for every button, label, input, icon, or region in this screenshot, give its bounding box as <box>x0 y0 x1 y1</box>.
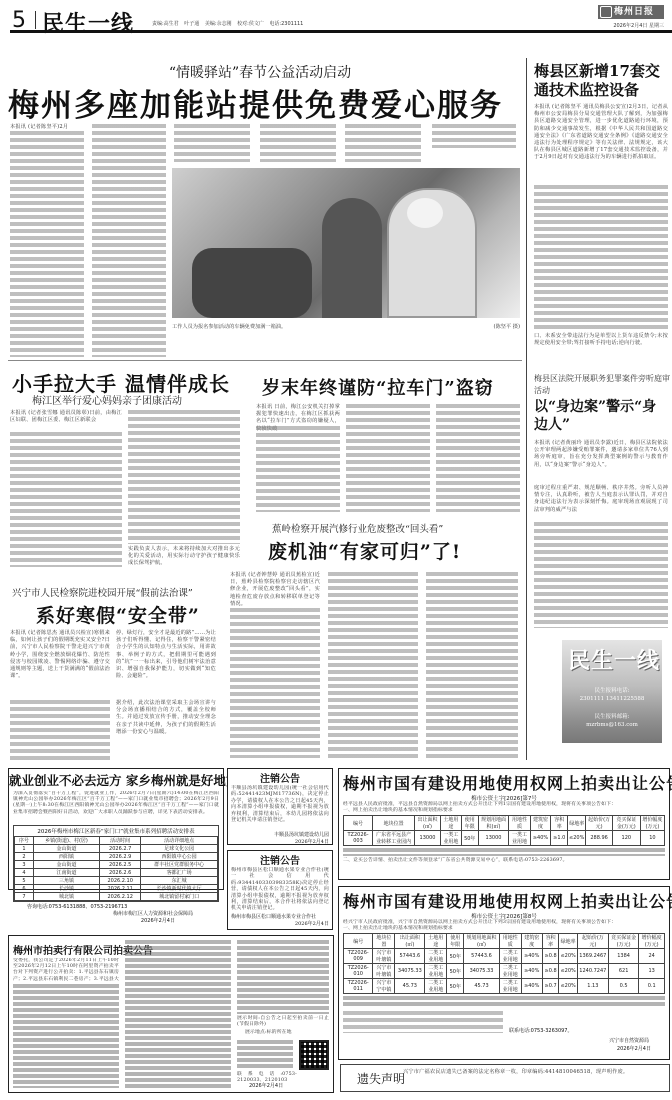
table-row: 2西阳镇2026.2.9西阳镇中心公园 <box>15 853 218 861</box>
cell: 西阳镇 <box>33 853 99 861</box>
qr-code-icon[interactable] <box>299 1040 329 1070</box>
cell: 长沙镇新时代镇大厅 <box>141 885 218 893</box>
oil-byline: 本报讯 (记者钟慧婷 通讯员蕉检宣)近日，蕉岭县检察院检察官走访辖区汽修企业，开… <box>230 572 320 608</box>
promo-email-label: 民生报料邮箱: <box>562 712 662 720</box>
photo-caption: 工作人员为报名参加活动的车辆免费加满一箱油。 (陈坚平 摄) <box>172 323 520 330</box>
auction-2-header: 编号 地块位置 出让面积(㎡) 土地用途 使用年限 规划用地面积(㎡) 用地性质… <box>344 934 665 949</box>
cell: 50年 <box>447 979 464 994</box>
col-header: 土地用途 <box>425 934 447 949</box>
cell: 1369.2467 <box>577 949 608 964</box>
cell: 西阳镇中心公园 <box>141 853 218 861</box>
cell: 288.96 <box>586 831 612 846</box>
school-body-col-2b: 据介绍，此次法治课堂采取主会场宣讲与分会场直播相结合的方式，覆盖全校师生。并通过… <box>116 700 216 736</box>
auction-1-section: 一、网上拍卖出让地块的基本情况和规划指标要求 <box>343 808 665 814</box>
lost-notice-title[interactable]: 遗失声明 <box>357 1070 405 1087</box>
paper-logo[interactable]: 梅州日报 <box>598 5 664 19</box>
col-header: 规划用地面积(㎡) <box>464 934 499 949</box>
family-body-col-2 <box>128 410 240 544</box>
col-header: 出让面积(㎡) <box>395 934 425 949</box>
cell: 13000 <box>478 831 509 846</box>
auction-1-footnote <box>343 848 665 856</box>
jobs-headline[interactable]: 就业创业不必去远方 家乡梅州就是好地方 <box>9 771 223 789</box>
cell: 5 <box>15 877 34 885</box>
cell: 足球文化公园 <box>141 845 218 853</box>
cell: 群丰社区党群服务中心 <box>141 861 218 869</box>
col-header: 容积率 <box>542 934 559 949</box>
col-header: 地块位置 <box>373 816 415 831</box>
court-kicker: 梅县区法院开展职务犯罪案件旁听庭审活动 <box>534 373 670 397</box>
auction-co-body: 受委托，我公司定于2026年2月11日上午10时至2026年2月12日上午10时… <box>13 958 119 982</box>
promo-email: mzrbms@163.com <box>562 722 662 728</box>
col-header: 起始价(万元) <box>577 934 608 949</box>
auction-1-header: 编号 地块位置 出让面积(㎡) 土地用途 使用年限 规划用地面积(㎡) 用地性质… <box>344 816 665 831</box>
notice-2-date: 2026年2月4日 <box>231 920 329 927</box>
section-title: 民生一线 <box>42 7 134 38</box>
cell: 城北镇 <box>33 893 99 901</box>
auction-co-view-place: 展示地点:标的所在地 <box>245 1030 329 1036</box>
cell: 2026.2.9 <box>100 853 141 861</box>
lead-body-col-2 <box>92 124 166 357</box>
cell: 13000 <box>415 831 441 846</box>
school-body-col-1-cont <box>10 700 110 760</box>
cell: ≥40% <box>521 979 542 994</box>
cell: ≥0.8 <box>542 949 559 964</box>
cell: 2026.2.7 <box>100 845 141 853</box>
notice-1-issuer: 丰顺县汤坑镇建设幼儿园 <box>231 831 329 838</box>
auction-2-note <box>343 1011 503 1033</box>
jobs-table-header: 序号 乡镇(街道)、村(居) 活动时间 活动详细地点 <box>15 837 218 845</box>
notice-1-title[interactable]: 注销公告 <box>231 770 329 785</box>
cell: 24 <box>639 949 665 964</box>
promo-hotline: 2301111 13411225588 <box>562 696 662 702</box>
auction-2-footnote <box>343 996 665 1008</box>
lead-body-col-5 <box>345 124 421 162</box>
auction-1-table: 编号 地块位置 出让面积(㎡) 土地用途 使用年限 规划用地面积(㎡) 用地性质… <box>343 815 665 846</box>
school-headline[interactable]: 系好寒假“安全带” <box>36 601 200 628</box>
auction-co-contact-text <box>237 1040 293 1070</box>
auction-co-col-2 <box>125 940 231 1088</box>
cell: 4 <box>15 869 34 877</box>
lead-body-col-6 <box>432 124 516 148</box>
plum-blossom-icon <box>600 6 612 18</box>
jobs-contact: 咨询电话:0753-6131888、0753-2196713 <box>27 903 223 910</box>
auction-co-view-time: 展示时间:自公告之日起至拍卖前一日止(节假日除外) <box>237 1016 329 1028</box>
auction-1-docno: 梅市公资土字[2026]第7号 <box>343 794 665 802</box>
auction-co-headline[interactable]: 梅州市拍卖行有限公司拍卖公告 <box>13 942 119 957</box>
cell: 0.5 <box>608 979 638 994</box>
cell: 0.1 <box>639 979 665 994</box>
notice-2-body: 梅州市梅县区松口顺通水果专业合作社(统一社会信用代码:9344140330398… <box>231 867 329 913</box>
col-header: 编号 <box>344 934 373 949</box>
cell: 长沙镇 <box>33 885 99 893</box>
cancel-notice-1: 注销公告 丰顺县汤坑镇建设幼儿园(统一社会信用代码:52441423MJM177… <box>227 768 333 845</box>
promo-hotline-label: 民生报料电话: <box>562 686 662 694</box>
oil-headline[interactable]: 废机油“有家可归”了! <box>268 537 461 564</box>
auction-co-col-1 <box>13 984 119 1088</box>
lead-body-col-1 <box>10 131 84 357</box>
photo-credit: (陈坚平 摄) <box>494 323 520 330</box>
caption-text: 工作人员为报名参加活动的车辆免费加满一箱油。 <box>172 324 286 330</box>
cell: 1 <box>15 845 34 853</box>
masthead-divider <box>35 11 36 29</box>
school-body-col-2: 停、绿灯行，安全才是最近的路”……为让孩子们听得懂、记得住，检察干警紧密结合小学… <box>116 630 216 680</box>
editor-credits: 责编:高生君 叶子通 美编:余志刚 校对:侯文广 电话:2301111 <box>152 20 303 27</box>
table-row: 7城北镇2026.2.12城北镇留村家门口 <box>15 893 218 901</box>
family-byline: 本报讯 (记者张雪娜 通讯员陈彰)日前，由梅江区妇联、团梅江区委、梅江区新联会 <box>10 410 122 424</box>
cell: 2026.2.11 <box>100 885 141 893</box>
theft-body-col-1 <box>256 426 340 512</box>
land-auction-notice-7: 梅州市国有建设用地使用权网上拍卖出让公告 梅市公资土字[2026]第7号 经平远… <box>338 768 670 880</box>
cell: 57443.6 <box>395 949 425 964</box>
jobs-intro: 为深入贯彻落实“百千万工程”，促进就业工作，2026年2月7日(星期六)14:0… <box>13 791 219 823</box>
theft-body-col-2 <box>346 404 430 512</box>
cell: ≥0.7 <box>542 979 559 994</box>
col-header: 规划用地面积(㎡) <box>478 816 509 831</box>
cell: 45.73 <box>395 979 425 994</box>
cell: ≥40% <box>521 964 542 979</box>
jobs-table: 序号 乡镇(街道)、村(居) 活动时间 活动详细地点 1金山街道2026.2.7… <box>14 836 218 901</box>
cell: ≥1.0 <box>551 831 568 846</box>
col-header: 建筑密度 <box>530 816 551 831</box>
cell: 3 <box>15 861 34 869</box>
cell: 120 <box>612 831 640 846</box>
school-body-col-1: 本报讯 (记者陈思杰 通讯员兴检宣)寒假来临，如何让孩子们的假期既充实又安全?日… <box>10 630 110 680</box>
cell: 2026.2.12 <box>100 893 141 901</box>
auction-1-note: 二、竞买公告详情、拍卖出让文件等须登录“广东省公共资源交易中心”，联系电话:07… <box>343 858 665 864</box>
cancel-notice-2: 注销公告 梅州市梅县区松口顺通水果专业合作社(统一社会信用代码:93441403… <box>227 850 333 930</box>
col-header: 增价幅度(万元) <box>640 816 664 831</box>
jobs-ad: 就业创业不必去远方 家乡梅州就是好地方 为深入贯彻落实“百千万工程”，促进就业工… <box>8 768 224 890</box>
cell: TZ2026-003 <box>344 831 373 846</box>
cell: 三角镇 <box>33 877 99 885</box>
cell: 1.13 <box>577 979 608 994</box>
col-header: 使用年限 <box>461 816 478 831</box>
oil-body-col-1 <box>230 608 320 758</box>
cell: 1384 <box>608 949 638 964</box>
photo-motorbike <box>192 248 312 318</box>
lead-body-col-4 <box>260 124 336 162</box>
cell: 兴宁市叶塘镇 <box>373 964 395 979</box>
cell: 621 <box>608 964 638 979</box>
jobs-date: 2026年2月4日 <box>9 917 175 924</box>
cell: 2026.2.6 <box>100 869 141 877</box>
jobs-table-title: 2026年梅州市梅江区新春“家门口”就业集市系列招聘活动安排表 <box>14 826 218 836</box>
traffic-headline[interactable]: 梅县区新增17套交通技术监控设备 <box>534 62 670 100</box>
cell: 45.73 <box>464 979 499 994</box>
family-body-col-1 <box>10 432 122 567</box>
jobs-issuer: 梅州市梅江区人力资源和社会保障局 <box>9 910 193 917</box>
cell: 一类工业用地 <box>509 831 530 846</box>
masthead: 5 民生一线 责编:高生君 叶子通 美编:余志刚 校对:侯文广 电话:23011… <box>0 0 672 30</box>
auction-2-table: 编号 地块位置 出让面积(㎡) 土地用途 使用年限 规划用地面积(㎡) 用地性质… <box>343 933 665 994</box>
promo-title: 民生一线 <box>568 644 660 675</box>
cell: ≥40% <box>521 949 542 964</box>
cell: ≤20% <box>568 831 586 846</box>
cell: 二类工业用地 <box>499 949 521 964</box>
cell: 2 <box>15 853 34 861</box>
section-rule <box>8 360 522 361</box>
table-row: 1金山街道2026.2.7足球文化公园 <box>15 845 218 853</box>
col-header: 编号 <box>344 816 373 831</box>
table-row: 3金山街道2026.2.5群丰社区党群服务中心 <box>15 861 218 869</box>
cell: ≤20% <box>559 949 577 964</box>
lost-notice: 遗失声明 兴宁市广福农民店遗失已备案的法定名称章一枚，印章编码:44148100… <box>340 1064 670 1092</box>
notice-2-issuer: 梅州市梅县区松口顺通水果专业合作社 <box>231 913 329 920</box>
family-subhead: 梅江区举行爱心妈妈亲子团康活动 <box>32 392 182 407</box>
oil-kicker: 蕉岭检察开展汽修行业危废整改“回头看” <box>272 521 443 535</box>
auction-co-col-3 <box>237 940 329 1014</box>
table-row: TZ2026-009兴宁市叶塘镇57443.6二类工业用地50年57443.6二… <box>344 949 665 964</box>
cell: 34075.33 <box>395 964 425 979</box>
auction-2-date: 2026年2月4日 <box>617 1045 651 1052</box>
auction-co-date: 2026年2月4日 <box>249 1082 283 1089</box>
auction-1-headline[interactable]: 梅州市国有建设用地使用权网上拍卖出让公告 <box>343 771 665 794</box>
masthead-rule <box>10 30 672 33</box>
lead-body-col-3 <box>174 124 250 162</box>
col-header: 起始价(万元) <box>586 816 612 831</box>
col-header: 绿地率 <box>559 934 577 949</box>
cell: 10 <box>640 831 664 846</box>
auction-2-contact: 联系电话:0753-3263097。 <box>509 1027 572 1034</box>
theft-body-col-3 <box>436 404 520 512</box>
auction-co-notice: 梅州市拍卖行有限公司拍卖公告 受委托，我公司定于2026年2月11日上午10时至… <box>8 935 334 1093</box>
court-headline[interactable]: 以“身边案”警示“身边人” <box>534 398 670 434</box>
court-body-cont <box>534 522 668 628</box>
school-kicker: 兴宁市人民检察院进校园开展“假前法治课” <box>12 585 193 599</box>
col-header: 土地用途 <box>440 816 461 831</box>
col-header: 竞买保证金(万元) <box>612 816 640 831</box>
cell: TZ2026-010 <box>344 964 373 979</box>
lead-kicker: “情暖驿站”春节公益活动启动 <box>80 62 440 82</box>
cell: 兴宁市宁中镇 <box>373 979 395 994</box>
cell: 50年 <box>447 964 464 979</box>
court-body-2: 庭审过程庄重严肃、规范顺畅、秩序井然。旁听人员神情专注，认真聆听，被告人当庭表示… <box>534 485 668 514</box>
cell: 二类工业用地 <box>499 964 521 979</box>
cell: 57443.6 <box>464 949 499 964</box>
paper-name: 梅州日报 <box>614 7 654 17</box>
theft-headline[interactable]: 岁末年终谨防“拉车门”盗窃 <box>262 374 494 400</box>
col-header: 用地性质 <box>499 934 521 949</box>
table-row: 5三角镇2026.2.10东汇城 <box>15 877 218 885</box>
photo-helmet <box>407 198 443 228</box>
cell: 城北镇留村家门口 <box>141 893 218 901</box>
auction-2-issuer: 兴宁市自然资源局 <box>609 1037 649 1044</box>
cell: 1240.7247 <box>577 964 608 979</box>
cell: 50年 <box>447 949 464 964</box>
cell: 一类工业用地 <box>440 831 461 846</box>
cell: 6 <box>15 885 34 893</box>
notice-2-title[interactable]: 注销公告 <box>231 852 329 867</box>
family-tail: 实践负责人表示，未来将持续加大对推出多元化的关爱活动，用实际行动守护孩子健康快乐… <box>128 546 240 568</box>
col-header: 乡镇(街道)、村(居) <box>33 837 99 845</box>
auction-2-headline[interactable]: 梅州市国有建设用地使用权网上拍卖出让公告 <box>343 889 665 912</box>
cell: 34075.33 <box>464 964 499 979</box>
traffic-tail: 口、未系安全带违法行为是单型以上货车违反禁令;未按规定使用安全带;驾打接听手持电… <box>534 333 668 347</box>
cell: 二类工业用地 <box>425 979 447 994</box>
table-row: TZ2026-011兴宁市宁中镇45.73二类工业用地50年45.73二类工业用… <box>344 979 665 994</box>
col-header: 活动时间 <box>100 837 141 845</box>
cell: 13 <box>639 964 665 979</box>
cell: 50年 <box>461 831 478 846</box>
cell: 东汇城 <box>141 877 218 885</box>
cell: 2026.2.10 <box>100 877 141 885</box>
traffic-body: 本报讯 (记者陈坚平 通讯员梅县公安宣)2月3日，记者从梅州市公安局梅县分局交通… <box>534 104 668 162</box>
lead-photo[interactable] <box>172 168 520 318</box>
notice-1-body: 丰顺县汤坑镇建设幼儿园(统一社会信用代码:52441423MJM17736N)，… <box>231 785 329 831</box>
cell: ≤20% <box>559 964 577 979</box>
col-header: 用地性质 <box>509 816 530 831</box>
issue-date: 2026年2月4日 星期三 <box>613 22 664 29</box>
cell: ≥0.8 <box>542 964 559 979</box>
lead-headline[interactable]: 梅州多座加能站提供免费爱心服务 <box>8 80 518 125</box>
table-row: 6长沙镇2026.2.11长沙镇新时代镇大厅 <box>15 885 218 893</box>
hotline-promo[interactable]: 民生一线 民生报料电话: 2301111 13411225588 民生报料邮箱:… <box>562 640 662 743</box>
col-header: 容积率 <box>551 816 568 831</box>
cell: 广东省平远县产业转移工业园内 <box>373 831 415 846</box>
column-divider <box>526 58 527 760</box>
land-auction-notice-8: 梅州市国有建设用地使用权网上拍卖出让公告 梅市公资土字[2026]第8号 经兴宁… <box>338 886 670 1060</box>
lost-notice-body: 兴宁市广福农民店遗失已备案的法定名称章一枚，印章编码:4414810046518… <box>403 1069 665 1076</box>
col-header: 竞买保证金(万元) <box>608 934 638 949</box>
table-row: TZ2026-010兴宁市叶塘镇34075.33二类工业用地50年34075.3… <box>344 964 665 979</box>
notice-1-date: 2026年2月4日 <box>231 838 329 845</box>
cell: TZ2026-009 <box>344 949 373 964</box>
col-header: 建筑密度 <box>521 934 542 949</box>
col-header: 绿地率 <box>568 816 586 831</box>
col-header: 地块位置 <box>373 934 395 949</box>
col-header: 增价幅度(万元) <box>639 934 665 949</box>
cell: 金山街道 <box>33 845 99 853</box>
auction-2-section: 一、网上拍卖出让地块的基本情况和规划指标要求 <box>343 926 665 932</box>
cell: 7 <box>15 893 34 901</box>
traffic-body-cont <box>534 185 668 331</box>
photo-attendant <box>322 198 382 318</box>
cell: 江南街道 <box>33 869 99 877</box>
cell: 二类工业用地 <box>499 979 521 994</box>
cell: ≤20% <box>559 979 577 994</box>
col-header: 出让面积(㎡) <box>415 816 441 831</box>
oil-body-col-2 <box>328 572 418 758</box>
cell: 客都汇广场 <box>141 869 218 877</box>
cell: 兴宁市叶塘镇 <box>373 949 395 964</box>
table-row: TZ2026-003 广东省平远县产业转移工业园内 13000 一类工业用地 5… <box>344 831 665 846</box>
cell: 二类工业用地 <box>425 949 447 964</box>
col-header: 序号 <box>15 837 34 845</box>
auction-2-docno: 梅市公资土字[2026]第8号 <box>343 912 665 920</box>
cell: 金山街道 <box>33 861 99 869</box>
cell: TZ2026-011 <box>344 979 373 994</box>
cell: 2026.2.5 <box>100 861 141 869</box>
col-header: 活动详细地点 <box>141 837 218 845</box>
oil-body-col-3 <box>426 572 518 758</box>
table-row: 4江南街道2026.2.6客都汇广场 <box>15 869 218 877</box>
court-body: 本报讯 (记者黄丽玲 通讯员李露)近日，梅县区法院依法公开审理两起涉嫌受贿罪案件… <box>534 440 668 469</box>
col-header: 使用年限 <box>447 934 464 949</box>
cell: 二类工业用地 <box>425 964 447 979</box>
cell: ≥40% <box>530 831 551 846</box>
